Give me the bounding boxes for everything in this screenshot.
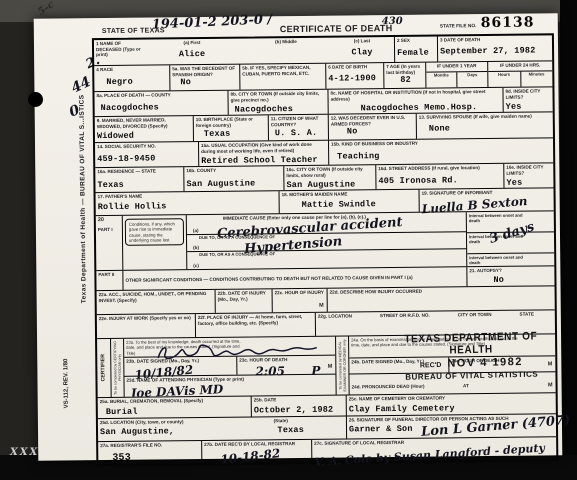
physician-note-text: To be completed by CERTIFYING PHYSICIAN … [113, 339, 123, 397]
meridiem-label: M [319, 303, 324, 310]
field-label: 5b. IF YES, SPECIFY MEXICAN, CUBAN, PUER… [242, 65, 323, 77]
field-cemetery-name: 25c. NAME OF CEMETERY OR CREMATORY Clay … [346, 393, 556, 415]
hours-label: Hours [488, 71, 520, 87]
state-file-no-label: STATE FILE NO. [440, 24, 477, 30]
field-label: 8d. INSIDE CITY LIMITS? [505, 88, 550, 100]
field-date-of-injury: 22b. DATE OF INJURY (Mo., Day, Yr.) [215, 289, 272, 313]
field-value: Rollie Hollis [98, 201, 277, 212]
field-how-injury-occurred: 22d. DESCRIBE HOW INJURY OCCURRED [327, 286, 555, 311]
interval-column: Interval between onset and death 3 days … [466, 211, 555, 266]
field-label: 16d. STREET ADDRESS (If rural, give loca… [378, 165, 501, 172]
field-label: 22g. LOCATION [318, 313, 352, 319]
field-label: 1 NAME OF DECEASED (Type or print) [94, 40, 142, 66]
field-street-address: 16d. STREET ADDRESS (If rural, give loca… [375, 164, 503, 189]
field-death-county: 8a. PLACE OF DEATH — COUNTY Nacogdoches [94, 91, 227, 116]
stamp-line1: TEXAS DEPARTMENT OF HEALTH [383, 330, 560, 358]
field-death-inside-city-limits: 8d. INSIDE CITY LIMITS? Yes [502, 87, 552, 112]
field-funeral-director-signature: 26. SIGNATURE OF FUNERAL DIRECTOR OR PER… [346, 414, 556, 438]
part-i-column: 20 PART I [96, 216, 123, 270]
state-header: STATE [519, 312, 533, 318]
field-informant-signature: 19. SIGNATURE OF INFORMANT Luella B Sext… [419, 188, 554, 211]
margin-note-2: 44 [69, 75, 93, 96]
last-name-value: Clay [330, 48, 394, 58]
field-value: Burial [106, 406, 249, 417]
field-residence-inside-city-limits: 16e. INSIDE CITY LIMITS? Yes [503, 163, 553, 188]
field-label: 8b. CITY OR TOWN (If outside city limits… [230, 91, 325, 103]
field-injury-at-work: 22e. INJURY AT WORK (Specify yes or no) [97, 314, 195, 338]
field-usual-occupation: 15a. USUAL OCCUPATION (Give kind of work… [198, 141, 328, 166]
field-label: IF UNDER 1 YEAR [426, 62, 487, 69]
field-acc-suicide-hom: 22a. ACC., SUICIDE, HOM., UNDET., OR PEN… [97, 290, 215, 314]
interval-a: Interval between onset and death 3 days [467, 211, 554, 233]
minutes-label: Minutes [520, 71, 553, 87]
state-sub-label: (State) [274, 418, 288, 424]
field-label: 4 RACE [96, 66, 167, 72]
field-value: U. S. A. [275, 129, 326, 139]
field-name-of-deceased: 1 NAME OF DECEASED (Type or print) (a) F… [94, 37, 394, 65]
hole-punch-mark [28, 92, 43, 107]
physician-signature [152, 338, 324, 364]
page-title: CERTIFICATE OF DEATH [280, 23, 393, 35]
field-citizen-of: 11. CITIZEN OF WHAT COUNTRY? U. S. A. [268, 115, 328, 141]
field-residence-state: 16a. RESIDENCE — STATE Texas [95, 167, 183, 192]
field-surviving-spouse: 13. SURVIVING SPOUSE (If wife, give maid… [416, 112, 553, 138]
field-label: 21. AUTOPSY? [469, 267, 552, 274]
meridiem-label: M [548, 382, 553, 389]
field-value: San Augustine [186, 179, 281, 189]
street-header: STREET OR R.F.D. NO. [380, 313, 430, 319]
field-label: 19. SIGNATURE OF INFORMANT [422, 189, 552, 196]
last-name-label: (c) Last [330, 38, 394, 44]
field-label: 22f. PLACE OF INJURY — At home, farm, st… [198, 314, 313, 327]
field-value: 353 [112, 452, 199, 464]
field-label: 25b. DATE [254, 397, 344, 404]
field-burial-location: 25d. LOCATION (City, town, or county) (S… [98, 417, 346, 442]
field-label: 15a. USUAL OCCUPATION (Give kind of work… [201, 142, 326, 155]
field-place-of-injury: 22f. PLACE OF INJURY — At home, farm, st… [195, 313, 315, 337]
field-physician-statement: 23a. To the best of my knowledge, death … [124, 337, 335, 357]
first-name-value: Alice [142, 49, 242, 59]
death-certificate-form: 1 NAME OF DECEASED (Type or print) (a) F… [92, 33, 558, 466]
row-registrar: 27a. REGISTRAR'S FILE NO. 353 27b. DATE … [98, 436, 556, 464]
name-middle: (b) Middle [242, 38, 330, 64]
field-label: 22b. DATE OF INJURY (Mo., Day, Yr.) [218, 290, 270, 302]
certifier-side-label: CERTIFIER [97, 339, 111, 397]
field-label: 25a. BURIAL, CREMATION, REMOVAL (Specify… [100, 398, 249, 405]
header-handwritten-code: 194-01-2 203-0 / [152, 13, 273, 31]
field-label: 18. MOTHER'S MAIDEN NAME [282, 191, 417, 198]
field-burial-date: 25b. DATE October 2, 1982 [251, 396, 346, 417]
hour-period-hw: P [311, 365, 320, 377]
field-label: 17. FATHER'S NAME [98, 192, 277, 200]
field-value: None [429, 123, 551, 134]
field-value: No [347, 127, 414, 137]
location-state-value: Texas [277, 426, 304, 436]
stamp-recd: REC'D [420, 362, 442, 370]
field-label: 14. SOCIAL SECURITY NO. [97, 143, 196, 150]
city-header: CITY OR TOWN [458, 312, 492, 318]
field-label: 24d. PRONOUNCED DEAD (Hour) [352, 384, 425, 390]
line-c-label: (c) [193, 263, 199, 269]
field-residence-city: 16c. CITY OR TOWN (If outside city limit… [283, 165, 375, 190]
field-birthplace: 10. BIRTHPLACE (State or foreign country… [193, 115, 268, 141]
interval-c: Interval between onset and death [467, 253, 554, 266]
field-label: 8c. NAME OF HOSPITAL OR INSTITUTION (If … [330, 89, 500, 102]
field-age: 7 AGE (In years last birthday) 82 [383, 63, 425, 88]
field-label: 22e. INJURY AT WORK (Specify yes or no) [99, 315, 193, 322]
field-label: 15b. KIND OF BUSINESS OR INDUSTRY [331, 139, 551, 147]
field-label: 9. MARRIED, NEVER MARRIED, WIDOWED, DIVO… [97, 117, 191, 129]
field-label: 13. SURVIVING SPOUSE (If wife, give maid… [419, 113, 551, 120]
line-a-label: (a) [193, 228, 199, 234]
row-cause-of-death: 20 PART I Conditions, if any, which gave… [96, 210, 555, 270]
header-handwritten-430: 430 [382, 17, 403, 27]
field-date-recd-local-registrar: 27b. DATE REC'D BY LOCAL REGISTRAR 10-18… [201, 440, 311, 463]
field-label: 22a. ACC., SUICIDE, HOM., UNDET., OR PEN… [99, 291, 213, 304]
line-b-label: (b) [193, 245, 199, 251]
field-hour-of-injury: 22c. HOUR OF INJURY M [272, 289, 327, 313]
field-value: Negro [106, 77, 167, 87]
certifying-physician-note: To be completed by CERTIFYING PHYSICIAN … [110, 339, 124, 397]
check-mark: ✓ [397, 6, 407, 17]
field-business-industry: 15b. KIND OF BUSINESS OR INDUSTRY Teachi… [328, 138, 553, 164]
immediate-cause-block: IMMEDIATE CAUSE (Enter only one cause pe… [186, 212, 467, 269]
field-residence-county: 16b. COUNTY San Augustine [183, 166, 283, 191]
field-label: 10. BIRTHPLACE (State or foreign country… [196, 116, 266, 128]
field-spanish-origin: 5a. WAS THE DECEDENT OF SPANISH ORIGIN? … [169, 65, 239, 91]
field-burial-type: 25a. BURIAL, CREMATION, REMOVAL (Specify… [98, 397, 251, 419]
field-label: 16c. CITY OR TOWN (If outside city limit… [286, 166, 373, 178]
field-value: September 27, 1982 [440, 46, 550, 56]
field-race: 4 RACE Negro [94, 65, 169, 91]
days-label: Days [456, 72, 487, 88]
field-label: 16b. COUNTY [186, 167, 281, 174]
field-label: 8a. PLACE OF DEATH — COUNTY [96, 92, 225, 99]
field-value: 459-18-9450 [97, 154, 196, 164]
part-ii-label: PART II [98, 272, 120, 278]
interval-label: Interval between onset and death [469, 213, 525, 224]
field-death-city: 8b. CITY OR TOWN (If outside city limits… [227, 90, 327, 115]
field-value: Texas [204, 130, 266, 140]
field-hospital-name: 8c. NAME OF HOSPITAL OR INSTITUTION (If … [327, 88, 502, 114]
form-number: VS-112, REV. 1/80 [63, 328, 72, 438]
field-label: 2 SEX [397, 38, 435, 44]
part-ii-column: PART II [96, 271, 122, 290]
medical-examiner-note: To be completed by MEDICAL EXAMINER OR C… [335, 336, 349, 394]
certificate-paper: Texas Department of Health — BUREAU OF V… [34, 13, 563, 460]
field-value: 405 Ironosa Rd. [378, 176, 501, 187]
field-value: Nacogdoches [101, 102, 226, 113]
field-label: 6 DATE OF BIRTH [328, 64, 381, 70]
physician-certification: 23a. To the best of my knowledge, death … [123, 337, 336, 397]
field-value: Teaching [337, 150, 551, 162]
field-spanish-specify: 5b. IF YES, SPECIFY MEXICAN, CUBAN, PUER… [239, 64, 325, 90]
field-value: No [180, 78, 237, 88]
field-label: 16e. INSIDE CITY LIMITS? [506, 164, 551, 176]
field-under-24-hrs: IF UNDER 24 HRS. Hours Minutes [487, 61, 552, 87]
field-value: No [493, 275, 552, 285]
field-label: 27a. REGISTRAR'S FILE NO. [100, 442, 199, 449]
field-label: 5a. WAS THE DECEDENT OF SPANISH ORIGIN? [172, 66, 237, 78]
field-date-of-death: 3 DATE OF DEATH September 27, 1982 [437, 35, 552, 61]
date-recd-value: 10-18-82 [220, 447, 281, 466]
state-file-no: 86138 [481, 15, 535, 32]
at-label: AT [463, 383, 469, 388]
field-mothers-maiden-name: 18. MOTHER'S MAIDEN NAME Mattie Swindle [279, 190, 419, 213]
item-20-label: 20 [98, 217, 120, 224]
stamp-date: NOV 4 1982 [447, 356, 523, 370]
interval-label: Interval between onset and death [469, 255, 525, 266]
field-social-security-no: 14. SOCIAL SECURITY NO. 459-18-9450 [95, 142, 198, 167]
conditions-note: Conditions, if any, which gave rise to i… [122, 215, 187, 270]
part-i-label: PART I [98, 227, 120, 233]
field-value: 82 [400, 76, 423, 86]
field-value: Female [397, 48, 435, 58]
name-last: (c) Last Clay [330, 37, 394, 63]
meridiem-label: M [328, 364, 333, 371]
field-sex: 2 SEX Female [394, 37, 437, 62]
received-stamp: TEXAS DEPARTMENT OF HEALTH REC'D NOV 4 1… [383, 331, 560, 382]
examiner-note-text: To be completed by MEDICAL EXAMINER OR C… [338, 336, 348, 394]
conditions-note-text: Conditions, if any, which gave rise to i… [125, 218, 184, 246]
field-label: 22c. HOUR OF INJURY [275, 290, 325, 296]
field-label: IF UNDER 24 HRS. [488, 61, 552, 68]
bottom-left-xxx-mark: XXX [10, 448, 39, 458]
field-label: 12. WAS DECEDENT EVER IN U.S. ARMED FORC… [331, 115, 414, 127]
field-armed-forces: 12. WAS DECEDENT EVER IN U.S. ARMED FORC… [328, 114, 416, 140]
field-date-of-birth: 6 DATE OF BIRTH 4-12-1900 [325, 63, 383, 89]
attending-physician-value: Joe DAVis MD [130, 384, 223, 397]
field-value: Texas [97, 180, 181, 190]
field-value: 4-12-1900 [328, 74, 381, 84]
field-label: 7 AGE (In years last birthday) [386, 64, 423, 76]
certifier-text: CERTIFIER [100, 354, 107, 381]
months-label: Months [426, 72, 456, 88]
field-marital-status: 9. MARRIED, NEVER MARRIED, WIDOWED, DIVO… [95, 116, 193, 142]
field-registrar-file-no: 27a. REGISTRAR'S FILE NO. 353 [98, 441, 201, 464]
field-label: 11. CITIZEN OF WHAT COUNTRY? [271, 116, 326, 128]
scanner-right-band [560, 0, 577, 480]
field-label: 16a. RESIDENCE — STATE [97, 168, 181, 175]
field-label: 3 DATE OF DEATH [440, 36, 550, 43]
field-fathers-name: 17. FATHER'S NAME Rollie Hollis [96, 191, 279, 215]
field-local-registrar-signature: 27c. SIGNATURE OF LOCAL REGISTRAR V. A. … [311, 437, 556, 462]
field-label: 27b. DATE REC'D BY LOCAL REGISTRAR [204, 441, 309, 448]
first-name-label: (a) First [142, 40, 242, 47]
field-autopsy: 21. AUTOPSY? No [466, 266, 554, 286]
field-under-1-year: IF UNDER 1 YEAR Months Days [425, 62, 487, 88]
funeral-home-value: Garner & Son [349, 425, 413, 435]
field-value: October 2, 1982 [254, 405, 344, 415]
field-value: Mattie Swindle [302, 199, 417, 210]
field-label: 25c. NAME OF CEMETERY OR CREMATORY [349, 394, 554, 402]
location-city-value: San Augustine, [100, 427, 174, 437]
field-label: OTHER SIGNIFICANT CONDITIONS — CONDITION… [125, 274, 412, 283]
hour-of-death-value: 2:05 [255, 366, 285, 378]
field-label: 25d. LOCATION (City, town, or county) [100, 419, 184, 426]
middle-name-label: (b) Middle [242, 39, 330, 46]
field-label: 22d. DESCRIBE HOW INJURY OCCURRED [330, 287, 553, 295]
name-first: (a) First Alice [142, 39, 242, 65]
